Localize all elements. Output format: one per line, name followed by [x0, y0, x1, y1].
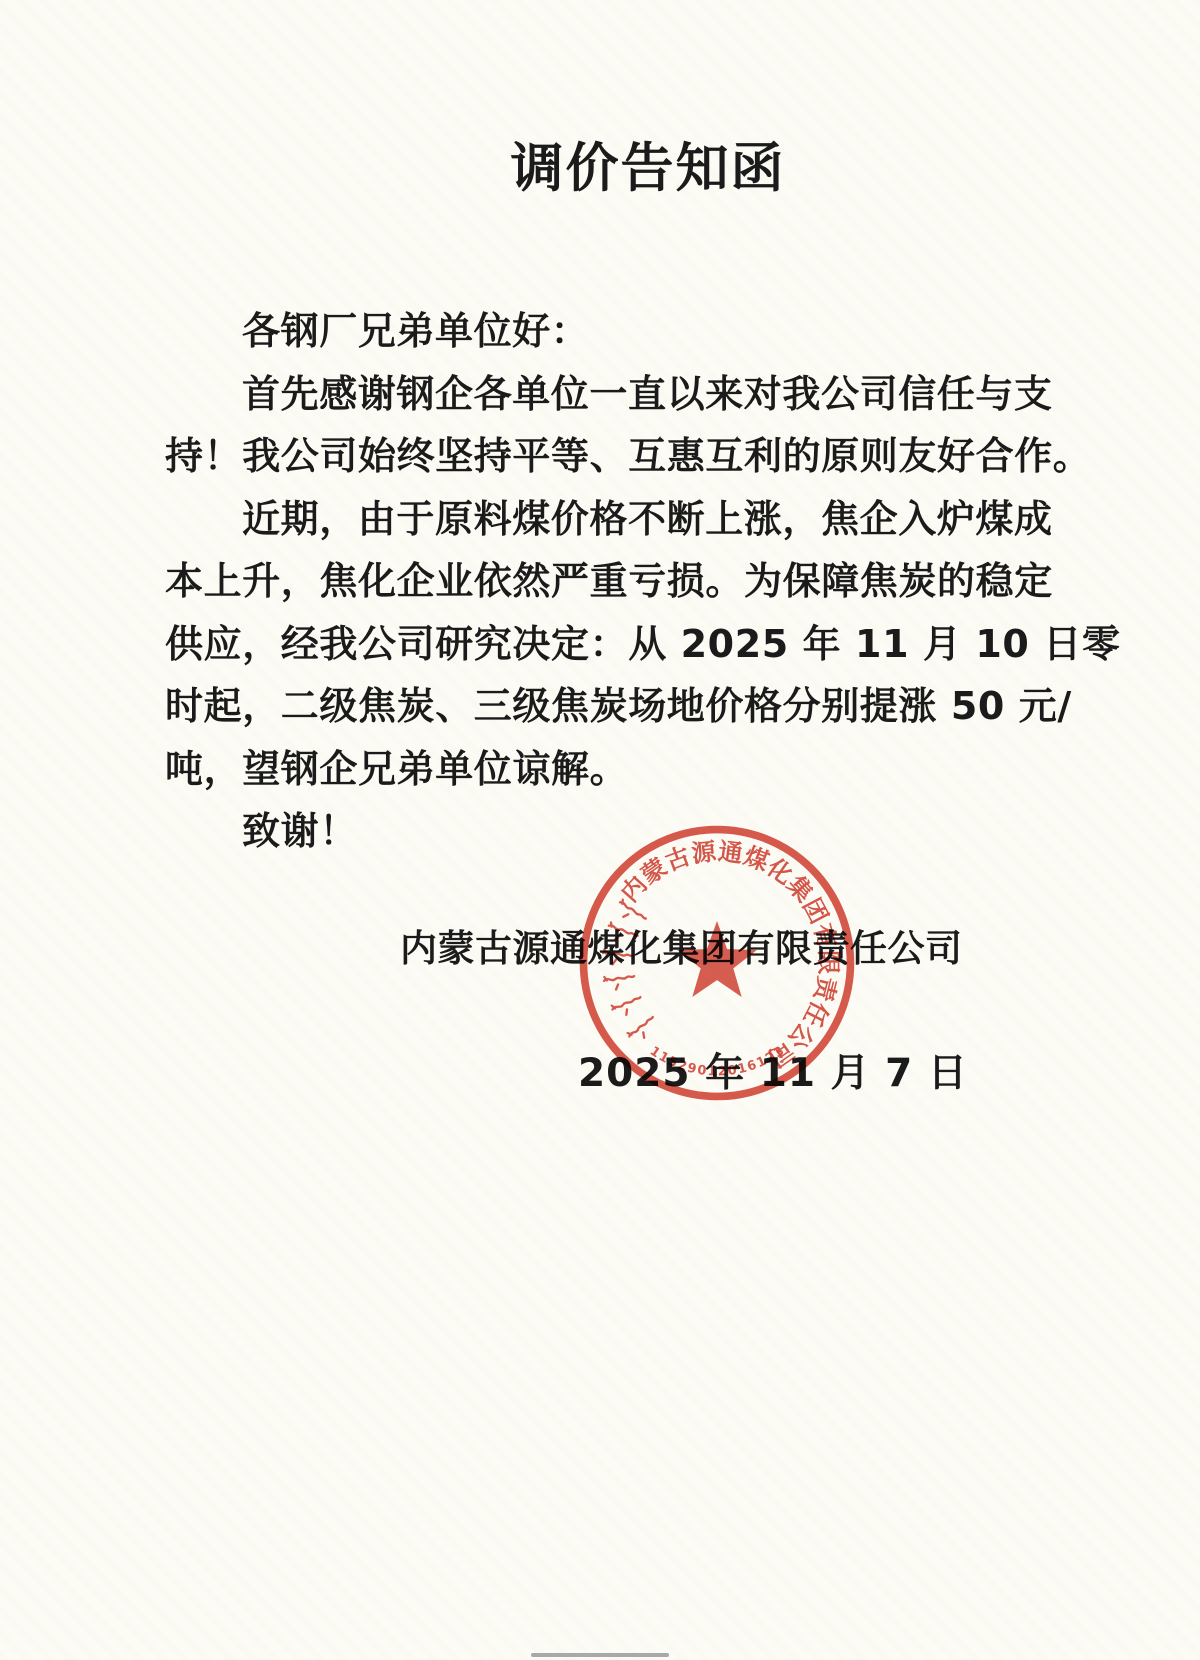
company-seal: 内蒙古源通煤化集团有限责任公司 115290120161231: [574, 820, 860, 1106]
letter-body: 各钢厂兄弟单位好： 首先感谢钢企各单位一直以来对我公司信任与支 持！我公司始终坚…: [165, 300, 1065, 863]
seal-mongolian-script-icon: [602, 899, 659, 1044]
document-title: 调价告知函: [0, 126, 1200, 202]
home-indicator[interactable]: [531, 1653, 669, 1657]
letter-line: 供应，经我公司研究决定：从 2025 年 11 月 10 日零: [165, 613, 1065, 676]
letter-line: 时起，二级焦炭、三级焦炭场地价格分别提涨 50 元/: [165, 675, 1065, 738]
letter-line: 吨，望钢企兄弟单位谅解。: [165, 738, 1065, 801]
letter-line: 近期，由于原料煤价格不断上涨，焦企入炉煤成: [165, 488, 1065, 551]
letter-line: 本上升，焦化企业依然严重亏损。为保障焦炭的稳定: [165, 550, 1065, 613]
salutation-line: 各钢厂兄弟单位好：: [165, 300, 1065, 363]
letter-line: 持！我公司始终坚持平等、互惠互利的原则友好合作。: [165, 425, 1065, 488]
letter-page: 调价告知函 各钢厂兄弟单位好： 首先感谢钢企各单位一直以来对我公司信任与支 持！…: [0, 0, 1200, 1660]
company-seal-svg: 内蒙古源通煤化集团有限责任公司 115290120161231: [574, 820, 860, 1106]
letter-line: 首先感谢钢企各单位一直以来对我公司信任与支: [165, 363, 1065, 426]
seal-star-icon: [677, 921, 757, 997]
